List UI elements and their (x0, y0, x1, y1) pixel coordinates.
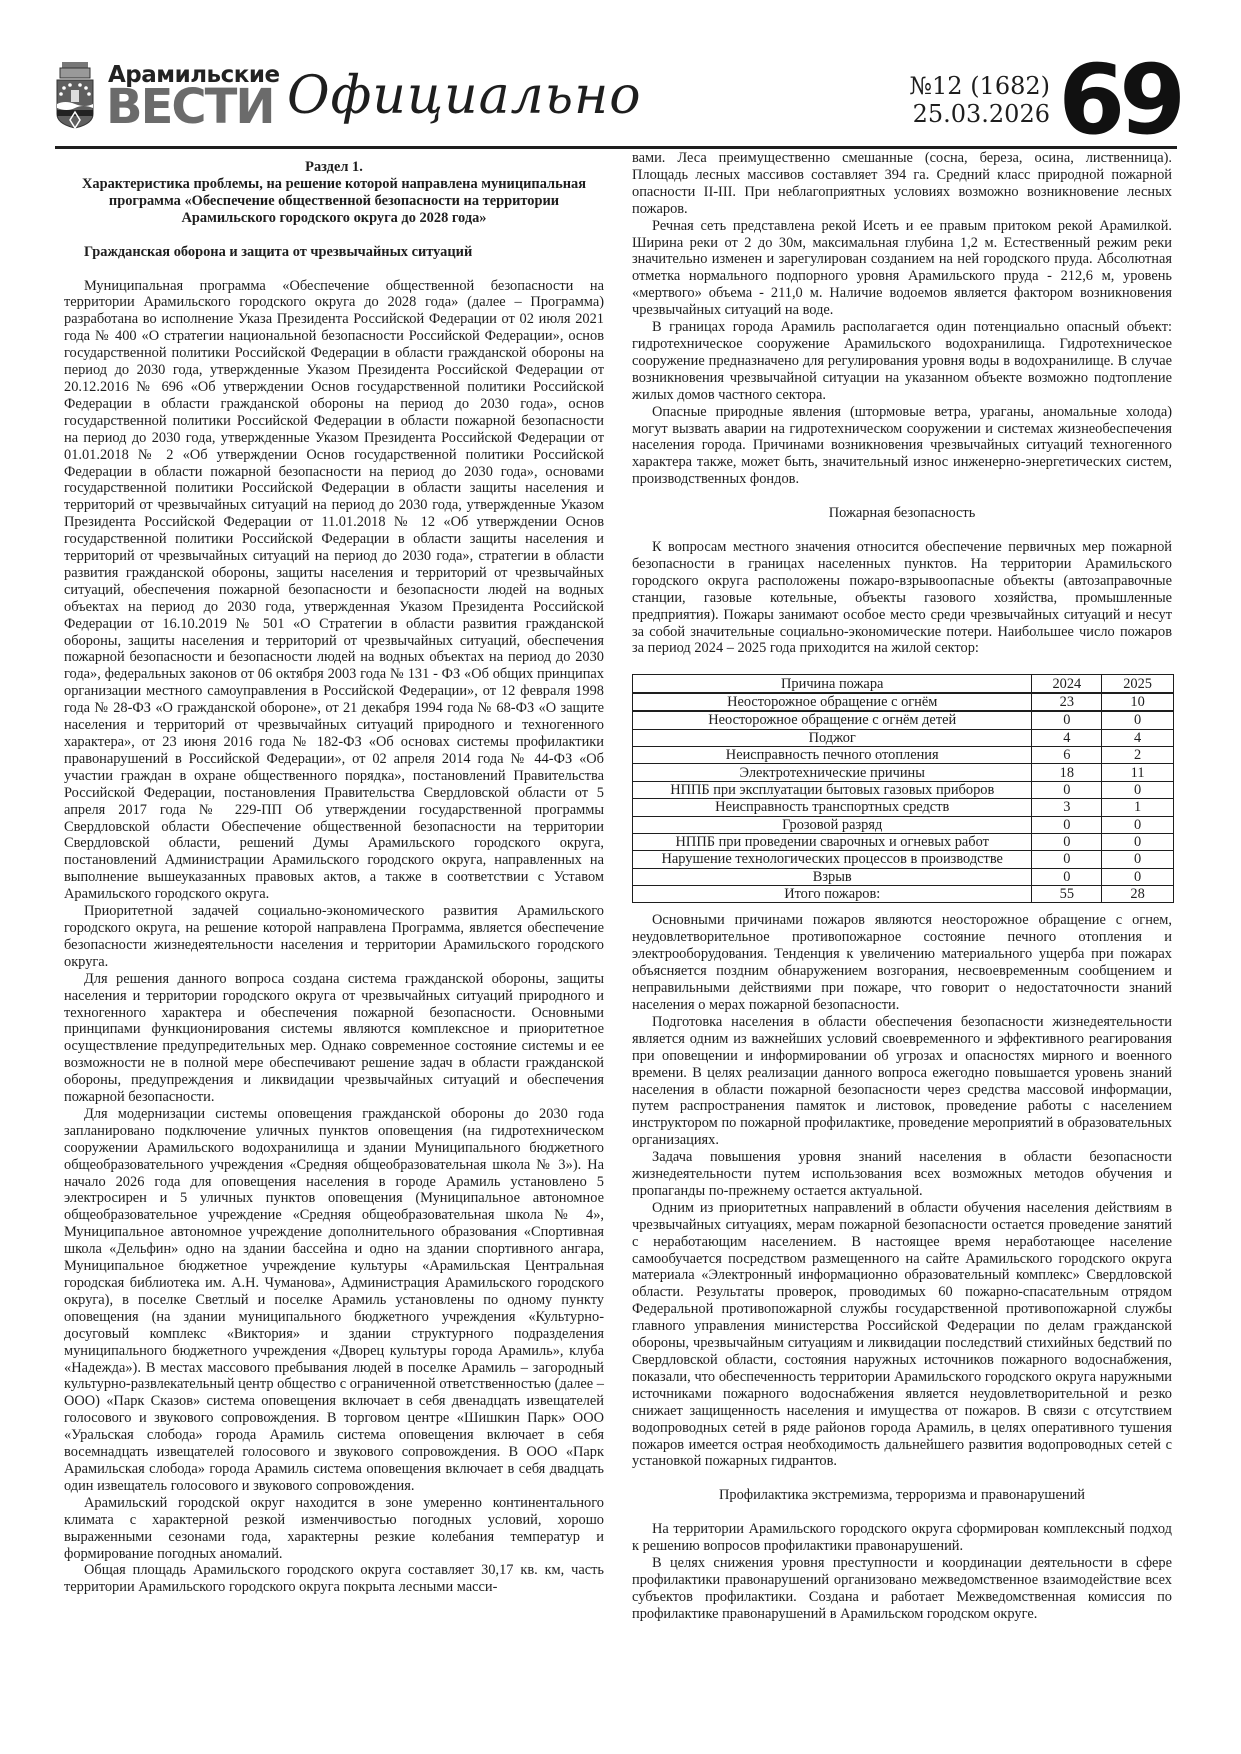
table-row: НППБ при эксплуатации бытовых газовых пр… (633, 781, 1174, 798)
paragraph: В границах города Арамиль располагается … (632, 319, 1172, 404)
table-cell: 4 (1102, 729, 1174, 746)
table-cell: 0 (1032, 781, 1102, 798)
paragraph: Опасные природные явления (штормовые вет… (632, 404, 1172, 489)
masthead: Арамильские ВЕСТИ Официально №12 (1682) … (0, 0, 1241, 148)
table-cell: НППБ при эксплуатации бытовых газовых пр… (633, 781, 1032, 798)
table-cell: 0 (1032, 833, 1102, 850)
paragraph: Речная сеть представлена рекой Исеть и е… (632, 218, 1172, 319)
table-cell: Итого пожаров: (633, 886, 1032, 903)
table-cell: Неосторожное обращение с огнём (633, 693, 1032, 711)
table-cell: 3 (1032, 799, 1102, 816)
table-cell: Неосторожное обращение с огнём детей (633, 711, 1032, 729)
table-cell: 18 (1032, 764, 1102, 781)
subsection-heading-fire-safety: Пожарная безопасность (632, 505, 1172, 522)
table-row: Грозовой разряд 0 0 (633, 816, 1174, 833)
paragraph: Подготовка населения в области обеспечен… (632, 1014, 1172, 1149)
table-header-cell: Причина пожара (633, 675, 1032, 693)
table-row: Неисправность печного отопления 6 2 (633, 746, 1174, 763)
table-cell: 0 (1102, 816, 1174, 833)
page-number: 69 (1005, 50, 1180, 150)
table-total-row: Итого пожаров: 55 28 (633, 886, 1174, 903)
table-cell: 4 (1032, 729, 1102, 746)
paragraph: В целях снижения уровня преступности и к… (632, 1555, 1172, 1623)
table-cell: 0 (1032, 816, 1102, 833)
table-cell: 1 (1102, 799, 1174, 816)
article-title: Характеристика проблемы, на решение кото… (64, 176, 604, 227)
table-cell: 0 (1102, 851, 1174, 868)
paragraph: вами. Леса преимущественно смешанные (со… (632, 150, 1172, 218)
table-cell: 10 (1102, 693, 1174, 711)
table-row: Взрыв 0 0 (633, 868, 1174, 885)
table-header-row: Причина пожара 2024 2025 (633, 675, 1174, 693)
section-label: Раздел 1. (64, 159, 604, 176)
paragraph: Для решения данного вопроса создана сист… (64, 971, 604, 1106)
header-rule (55, 146, 1177, 149)
table-row: Нарушение технологических процессов в пр… (633, 851, 1174, 868)
subsection-heading-civil-defense: Гражданская оборона и защита от чрезвыча… (64, 244, 604, 261)
table-cell: НППБ при проведении сварочных и огневых … (633, 833, 1032, 850)
table-cell: 28 (1102, 886, 1174, 903)
table-cell: Неисправность транспортных средств (633, 799, 1032, 816)
table-cell: 23 (1032, 693, 1102, 711)
table-cell: Грозовой разряд (633, 816, 1032, 833)
table-cell: Нарушение технологических процессов в пр… (633, 851, 1032, 868)
table-row: НППБ при проведении сварочных и огневых … (633, 833, 1174, 850)
paragraph: Одним из приоритетных направлений в обла… (632, 1200, 1172, 1471)
table-cell: 2 (1102, 746, 1174, 763)
table-cell: Поджог (633, 729, 1032, 746)
paragraph: Приоритетной задачей социально-экономиче… (64, 903, 604, 971)
table-cell: 0 (1032, 851, 1102, 868)
table-cell: 0 (1102, 781, 1174, 798)
table-row: Неисправность транспортных средств 3 1 (633, 799, 1174, 816)
paragraph: Задача повышения уровня знаний населения… (632, 1149, 1172, 1200)
coat-of-arms-icon (55, 62, 95, 132)
table-row: Поджог 4 4 (633, 729, 1174, 746)
table-header-cell: 2025 (1102, 675, 1174, 693)
left-column: Раздел 1. Характеристика проблемы, на ре… (64, 150, 604, 1596)
table-cell: 0 (1102, 868, 1174, 885)
section-title: Официально (287, 66, 642, 126)
table-cell: Электротехнические причины (633, 764, 1032, 781)
newspaper-name-main: ВЕСТИ (106, 81, 274, 133)
table-cell: 55 (1032, 886, 1102, 903)
paragraph: Основными причинами пожаров являются нео… (632, 912, 1172, 1013)
subsection-heading-extremism-prevention: Профилактика экстремизма, терроризма и п… (632, 1487, 1172, 1504)
paragraph: Для модернизации системы оповещения граж… (64, 1106, 604, 1495)
paragraph: К вопросам местного значения относится о… (632, 539, 1172, 657)
right-column: вами. Леса преимущественно смешанные (со… (632, 150, 1172, 1623)
table-cell: 6 (1032, 746, 1102, 763)
paragraph: Общая площадь Арамильского городского ок… (64, 1562, 604, 1596)
paragraph: На территории Арамильского городского ок… (632, 1521, 1172, 1555)
table-row: Электротехнические причины 18 11 (633, 764, 1174, 781)
table-cell: Неисправность печного отопления (633, 746, 1032, 763)
table-cell: 0 (1032, 711, 1102, 729)
table-cell: Взрыв (633, 868, 1032, 885)
table-cell: 0 (1032, 868, 1102, 885)
paragraph: Арамильский городской округ находится в … (64, 1495, 604, 1563)
paragraph: Муниципальная программа «Обеспечение общ… (64, 278, 604, 904)
table-row: Неосторожное обращение с огнём 23 10 (633, 693, 1174, 711)
table-cell: 0 (1102, 833, 1174, 850)
table-header-cell: 2024 (1032, 675, 1102, 693)
table-cell: 0 (1102, 711, 1174, 729)
table-cell: 11 (1102, 764, 1174, 781)
table-row: Неосторожное обращение с огнём детей 0 0 (633, 711, 1174, 729)
fire-causes-table: Причина пожара 2024 2025 Неосторожное об… (632, 674, 1174, 903)
